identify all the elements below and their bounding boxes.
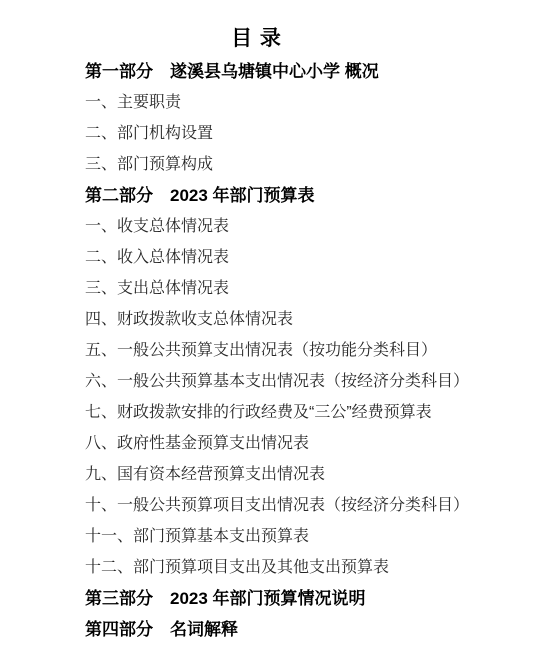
toc-item: 七、财政拨款安排的行政经费及“三公”经费预算表 bbox=[85, 397, 499, 428]
toc-item: 十、一般公共预算项目支出情况表（按经济分类科目） bbox=[85, 490, 499, 521]
toc-item: 二、收入总体情况表 bbox=[85, 242, 499, 273]
toc-item: 九、国有资本经营预算支出情况表 bbox=[85, 459, 499, 490]
toc-section-heading: 第四部分 名词解释 bbox=[85, 614, 499, 645]
toc-section-heading: 第二部分 2023 年部门预算表 bbox=[85, 180, 499, 211]
toc-item: 五、一般公共预算支出情况表（按功能分类科目） bbox=[85, 335, 499, 366]
toc-section-heading: 第一部分 遂溪县乌塘镇中心小学 概况 bbox=[85, 56, 499, 87]
toc-item: 十二、部门预算项目支出及其他支出预算表 bbox=[85, 552, 499, 583]
toc-item: 四、财政拨款收支总体情况表 bbox=[85, 304, 499, 335]
toc-item: 六、一般公共预算基本支出情况表（按经济分类科目） bbox=[85, 366, 499, 397]
toc-item: 八、政府性基金预算支出情况表 bbox=[85, 428, 499, 459]
page-title: 目 录 bbox=[0, 26, 526, 52]
toc-list: 第一部分 遂溪县乌塘镇中心小学 概况一、主要职责二、部门机构设置三、部门预算构成… bbox=[85, 56, 499, 645]
toc-section-heading: 第三部分 2023 年部门预算情况说明 bbox=[85, 583, 499, 614]
toc-item: 二、部门机构设置 bbox=[85, 118, 499, 149]
toc-item: 十一、部门预算基本支出预算表 bbox=[85, 521, 499, 552]
toc-item: 一、收支总体情况表 bbox=[85, 211, 499, 242]
toc-item: 一、主要职责 bbox=[85, 87, 499, 118]
toc-item: 三、支出总体情况表 bbox=[85, 273, 499, 304]
toc-item: 三、部门预算构成 bbox=[85, 149, 499, 180]
document-page: 目 录 第一部分 遂溪县乌塘镇中心小学 概况一、主要职责二、部门机构设置三、部门… bbox=[0, 0, 539, 651]
